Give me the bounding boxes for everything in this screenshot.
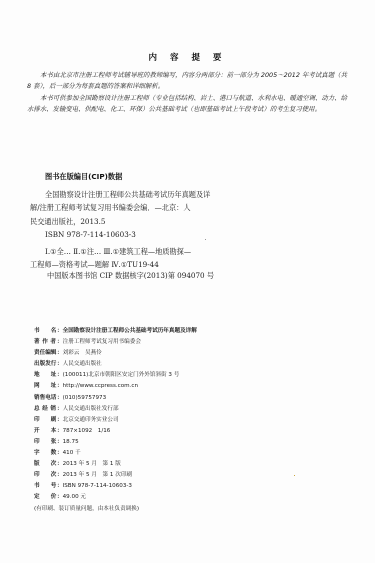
credit-label: 定 价: [34, 492, 56, 503]
summary-paragraph-1: 本书由北京市注册工程师考试辅导班的教师编写，内容分两部分：前一部分为 2005～…: [27, 70, 347, 93]
credit-value: 人民交通出版社发行部: [63, 404, 119, 415]
credit-value: 410 千: [63, 448, 81, 459]
credit-value: ISBN 978-7-114-10603-3: [63, 481, 132, 492]
credit-label: 印 次: [34, 470, 56, 481]
scan-speck: [294, 475, 295, 476]
cip-heading: 图书在版编目(CIP)数据: [45, 172, 245, 182]
credit-row-printing: 印 次：2013 年 5 月 第 1 次印刷: [34, 470, 197, 481]
credit-row-editor: 责任编辑：刘彩云 吴燕伶: [34, 348, 197, 359]
publication-credits: 书 名：全国勘察设计注册工程师公共基础考试历年真题及详解 著 作 者：注册工程师…: [34, 326, 197, 515]
credit-row-format: 开 本：787×1092 1/16: [34, 426, 197, 437]
credit-label: 印 刷: [34, 415, 56, 426]
content-summary-title: 内 容 提 要: [0, 51, 375, 63]
credit-value: 刘彩云 吴燕伶: [63, 348, 102, 359]
credit-row-printer: 印 刷：北京交通印务实业公司: [34, 415, 197, 426]
credit-label: 字 数: [34, 448, 56, 459]
cip-line-isbn: ISBN 978-7-114-10603-3: [30, 228, 245, 241]
credit-row-sheets: 印 张：18.75: [34, 437, 197, 448]
credit-value: 人民交通出版社: [63, 359, 102, 370]
credit-label: 网 址: [34, 381, 56, 392]
content-summary: 本书由北京市注册工程师考试辅导班的教师编写，内容分两部分：前一部分为 2005～…: [27, 70, 347, 115]
credit-value: http://www.ccpress.com.cn: [63, 381, 138, 392]
credit-label: 书 号: [34, 481, 56, 492]
credit-row-publisher: 出版发行：人民交通出版社: [34, 359, 197, 370]
credit-value: (010)59757973: [63, 393, 107, 404]
credit-label: 销售电话: [34, 393, 56, 404]
credit-label: 印 张: [34, 437, 56, 448]
credit-label: 版 次: [34, 459, 56, 470]
credit-value: 2013 年 5 月 第 1 版: [63, 459, 121, 470]
credit-label: 地 址: [34, 370, 56, 381]
cip-line-publisher: 民交通出版社，2013.5: [30, 215, 245, 228]
cip-record-number: 中国版本图书馆 CIP 数据核字(2013)第 094070 号: [47, 271, 214, 281]
cip-text: 全国勘察设计注册工程师公共基础考试历年真题及详 解/注册工程师考试复习用书编委会…: [30, 188, 245, 272]
credit-label: 出版发行: [34, 359, 56, 370]
quality-notice: (有印刷、装订质量问题，由本社负责调换): [34, 504, 197, 515]
cip-line-author: 解/注册工程师考试复习用书编委会编．—北京：人: [30, 201, 245, 214]
credit-row-website: 网 址：http://www.ccpress.com.cn: [34, 381, 197, 392]
credit-label: 责任编辑: [34, 348, 56, 359]
credit-value: 787×1092 1/16: [63, 426, 111, 437]
cip-line-classification: Ⅰ.①全… Ⅱ.①注… Ⅲ.①建筑工程—地质勘探—: [30, 245, 245, 258]
credit-value: 2013 年 5 月 第 1 次印刷: [63, 470, 132, 481]
copyright-page: 内 容 提 要 本书由北京市注册工程师考试辅导班的教师编写，内容分两部分：前一部…: [0, 0, 375, 563]
credit-value: (100011)北京市朝阳区安定门外外馆斜街 3 号: [63, 370, 180, 381]
credit-label: 书 名: [34, 326, 56, 337]
credit-label: 总 经 销: [34, 404, 56, 415]
credit-value: 注册工程师考试复习用书编委会: [63, 337, 141, 348]
credit-value: 北京交通印务实业公司: [63, 415, 119, 426]
credit-value: 18.75: [63, 437, 79, 448]
cip-line-title: 全国勘察设计注册工程师公共基础考试历年真题及详: [30, 188, 245, 201]
cip-data-block: 图书在版编目(CIP)数据 全国勘察设计注册工程师公共基础考试历年真题及详 解/…: [30, 172, 245, 272]
credit-row-title: 书 名：全国勘察设计注册工程师公共基础考试历年真题及详解: [34, 326, 197, 337]
credit-row-distributor: 总 经 销：人民交通出版社发行部: [34, 404, 197, 415]
credit-row-isbn: 书 号：ISBN 978-7-114-10603-3: [34, 481, 197, 492]
credit-value: 全国勘察设计注册工程师公共基础考试历年真题及详解: [63, 326, 197, 337]
credit-value: 49.00 元: [63, 492, 86, 503]
credit-row-price: 定 价：49.00 元: [34, 492, 197, 503]
summary-paragraph-2: 本书可供参加全国勘察设计注册工程师（专业包括结构、岩土、港口与航道、水利水电、暖…: [27, 93, 347, 116]
credit-row-word-count: 字 数：410 千: [34, 448, 197, 459]
faint-watermark: [262, 194, 264, 202]
credit-row-author: 著 作 者：注册工程师考试复习用书编委会: [34, 337, 197, 348]
credit-row-edition: 版 次：2013 年 5 月 第 1 版: [34, 459, 197, 470]
scan-speck: [205, 239, 206, 240]
credit-row-sales-phone: 销售电话：(010)59757973: [34, 393, 197, 404]
credit-label: 开 本: [34, 426, 56, 437]
cip-line-classification-cont: 工程师—资格考试—题解 Ⅳ.①TU19-44: [30, 258, 245, 271]
credit-label: 著 作 者: [34, 337, 56, 348]
credit-row-address: 地 址：(100011)北京市朝阳区安定门外外馆斜街 3 号: [34, 370, 197, 381]
